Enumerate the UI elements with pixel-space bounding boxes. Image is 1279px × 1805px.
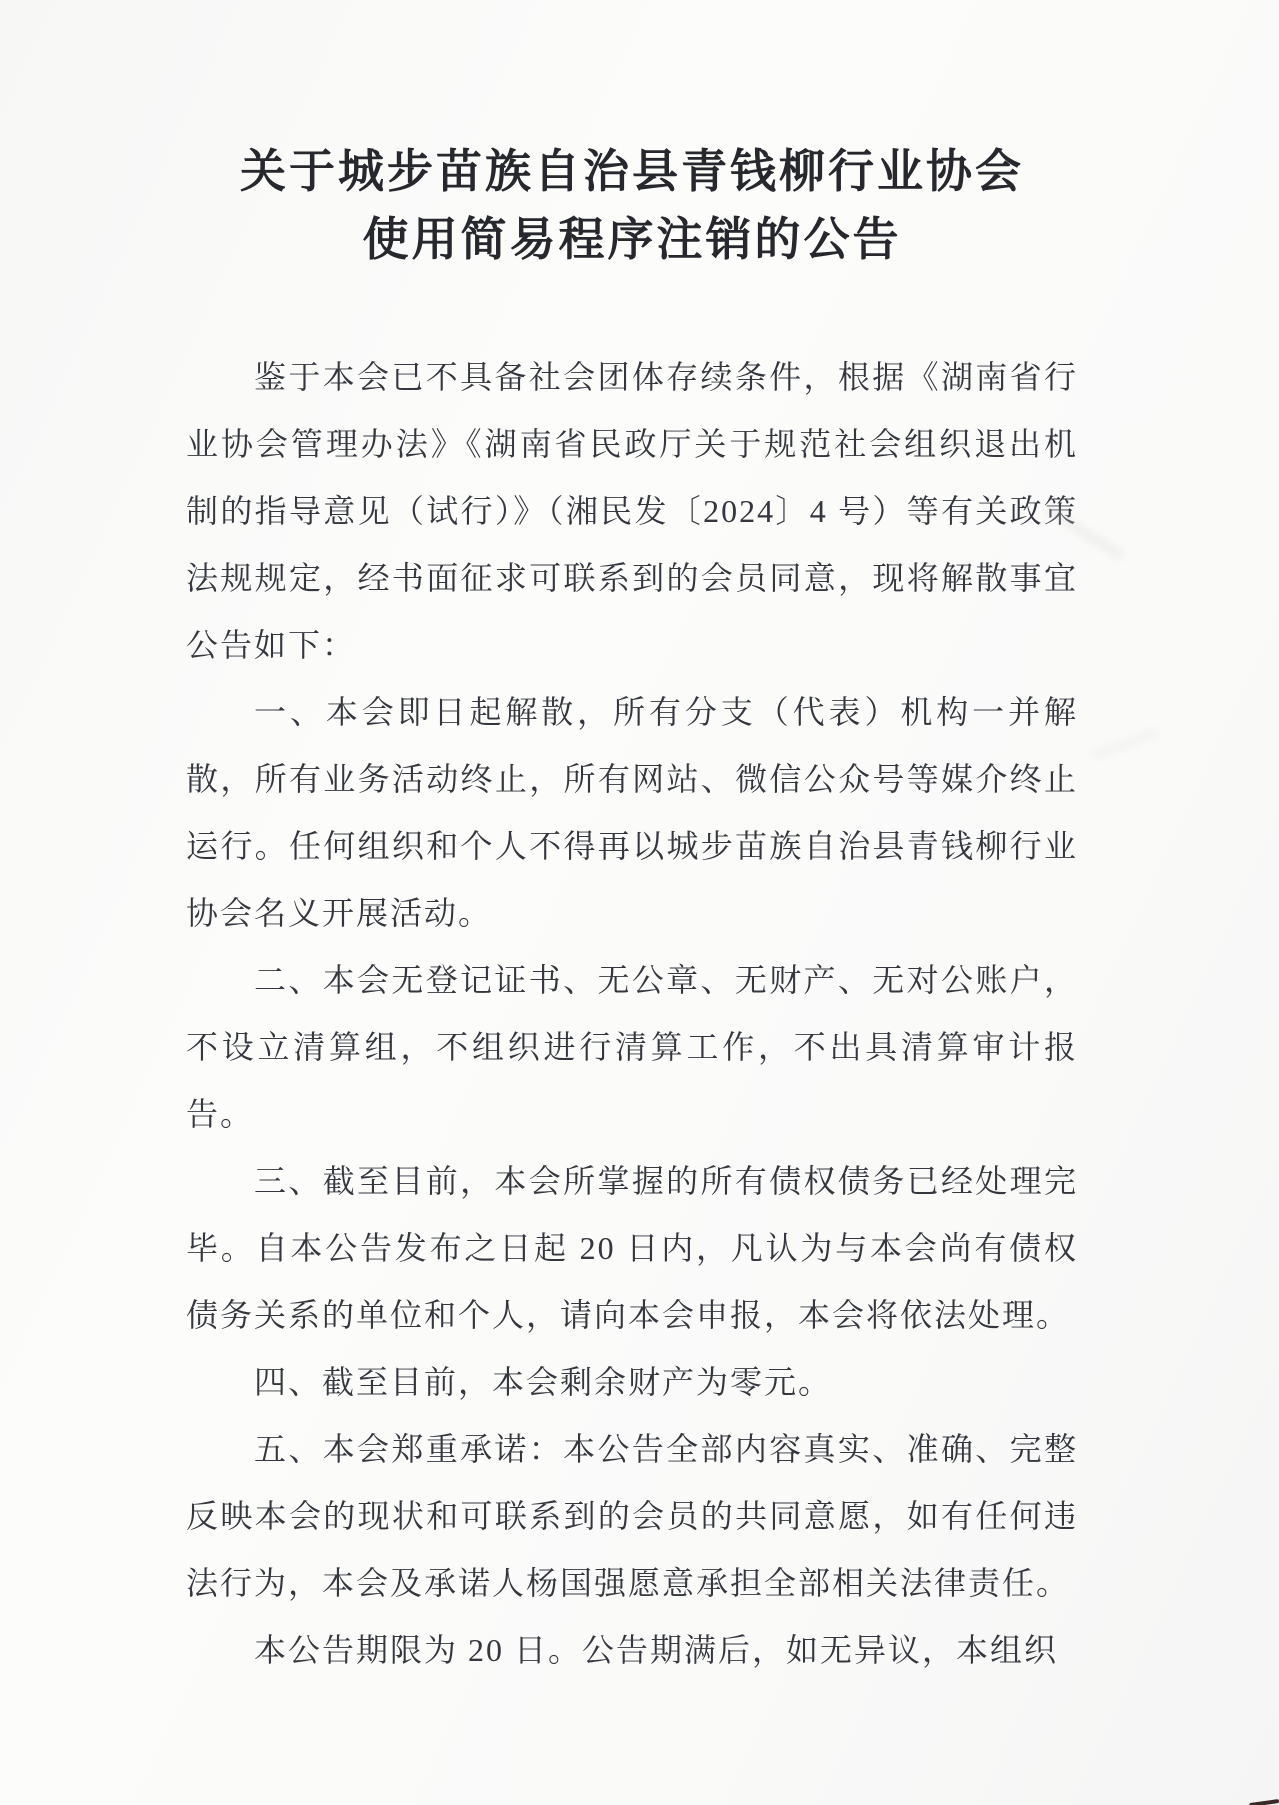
item-1-paragraph: 一、本会即日起解散，所有分支（代表）机构一并解散，所有业务活动终止，所有网站、微…	[186, 679, 1078, 947]
item-5-paragraph: 五、本会郑重承诺：本公告全部内容真实、准确、完整反映本会的现状和可联系到的会员的…	[186, 1416, 1078, 1617]
document-title: 关于城步苗族自治县青钱柳行业协会 使用简易程序注销的公告	[186, 138, 1078, 274]
scan-streak-artifact	[1091, 728, 1160, 759]
scanned-document-page: 关于城步苗族自治县青钱柳行业协会 使用简易程序注销的公告 鉴于本会已不具备社会团…	[0, 0, 1279, 1805]
item-4-paragraph: 四、截至目前，本会剩余财产为零元。	[186, 1349, 1078, 1416]
document-body: 鉴于本会已不具备社会团体存续条件，根据《湖南省行业协会管理办法》《湖南省民政厅关…	[186, 344, 1078, 1684]
item-2-paragraph: 二、本会无登记证书、无公章、无财产、无对公账户，不设立清算组，不组织进行清算工作…	[186, 947, 1078, 1148]
document-title-line2: 使用简易程序注销的公告	[363, 214, 902, 265]
intro-paragraph: 鉴于本会已不具备社会团体存续条件，根据《湖南省行业协会管理办法》《湖南省民政厅关…	[186, 344, 1078, 679]
page-corner-mark-artifact	[1249, 1799, 1279, 1805]
item-3-paragraph: 三、截至目前，本会所掌握的所有债权债务已经处理完毕。自本公告发布之日起 20 日…	[186, 1148, 1078, 1349]
document-title-line1: 关于城步苗族自治县青钱柳行业协会	[240, 146, 1024, 197]
announcement-document: 关于城步苗族自治县青钱柳行业协会 使用简易程序注销的公告 鉴于本会已不具备社会团…	[186, 138, 1078, 1684]
closing-paragraph: 本公告期限为 20 日。公告期满后，如无异议，本组织	[186, 1617, 1078, 1684]
